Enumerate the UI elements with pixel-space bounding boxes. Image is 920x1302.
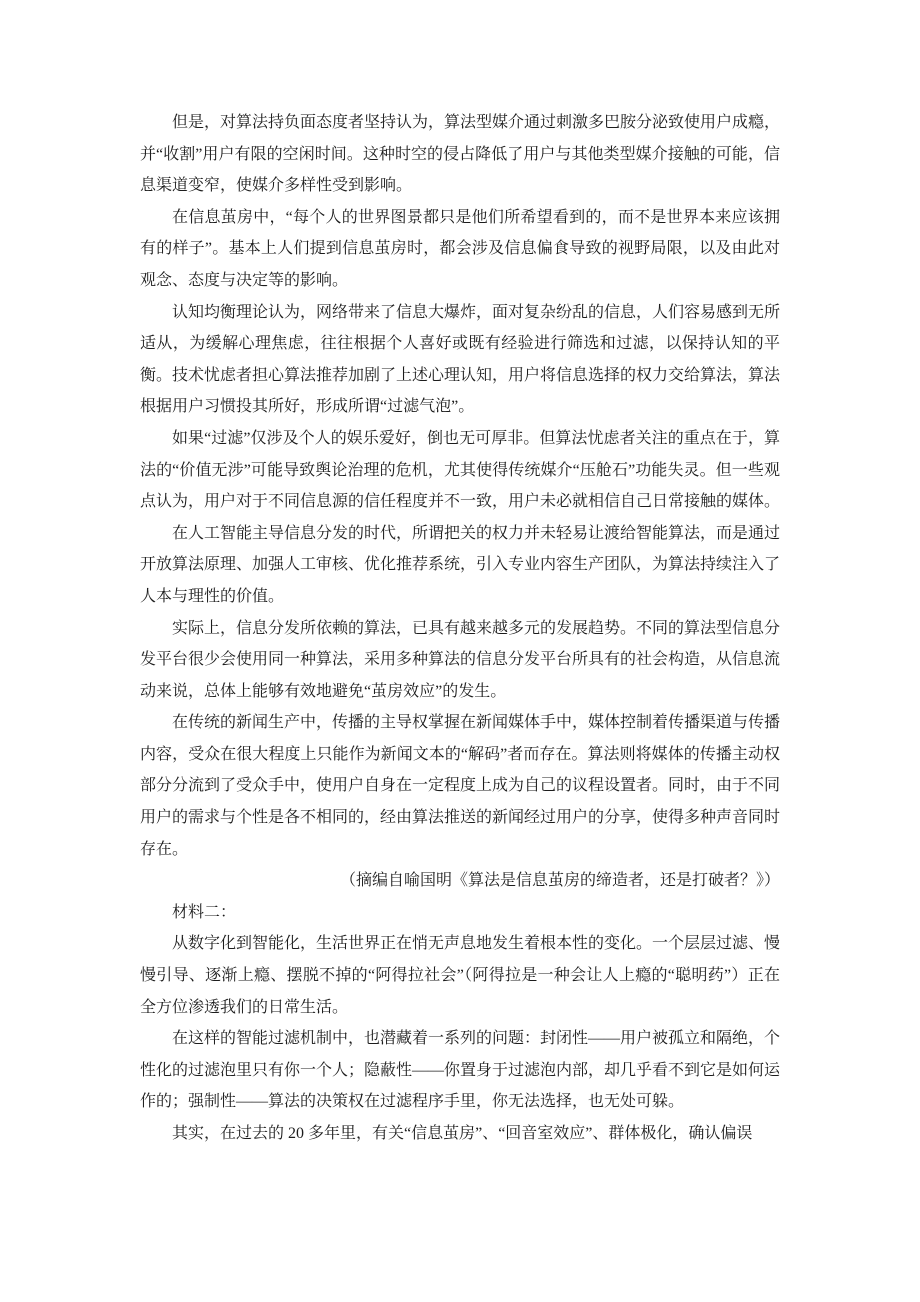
document-text-block: 但是，对算法持负面态度者坚持认为，算法型媒介通过刺激多巴胺分泌致使用户成瘾，并“…: [140, 107, 780, 1150]
material1-paragraph-6: 实际上，信息分发所依赖的算法，已具有越来越多元的发展趋势。不同的算法型信息分发平…: [140, 613, 780, 708]
material2-heading: 材料二：: [140, 897, 780, 929]
material1-paragraph-4: 如果“过滤”仅涉及个人的娱乐爱好，倒也无可厚非。但算法忧虑者关注的重点在于，算法…: [140, 423, 780, 518]
material1-paragraph-1: 但是，对算法持负面态度者坚持认为，算法型媒介通过刺激多巴胺分泌致使用户成瘾，并“…: [140, 107, 780, 202]
material1-paragraph-5: 在人工智能主导信息分发的时代，所谓把关的权力并未轻易让渡给智能算法，而是通过开放…: [140, 518, 780, 613]
material1-source-attribution: （摘编自喻国明《算法是信息茧房的缔造者，还是打破者？》）: [140, 865, 780, 897]
material2-paragraph-2: 在这样的智能过滤机制中，也潜藏着一系列的问题：封闭性——用户被孤立和隔绝，个性化…: [140, 1023, 780, 1118]
material1-paragraph-7: 在传统的新闻生产中，传播的主导权掌握在新闻媒体手中，媒体控制着传播渠道与传播内容…: [140, 707, 780, 865]
material1-paragraph-3: 认知均衡理论认为，网络带来了信息大爆炸，面对复杂纷乱的信息，人们容易感到无所适从…: [140, 297, 780, 423]
document-page: 但是，对算法持负面态度者坚持认为，算法型媒介通过刺激多巴胺分泌致使用户成瘾，并“…: [0, 0, 920, 1302]
material2-paragraph-3: 其实，在过去的 20 多年里，有关“信息茧房”、“回音室效应”、群体极化，确认偏…: [140, 1118, 780, 1150]
material2-paragraph-1: 从数字化到智能化，生活世界正在悄无声息地发生着根本性的变化。一个层层过滤、慢慢引…: [140, 928, 780, 1023]
material1-paragraph-2: 在信息茧房中，“每个人的世界图景都只是他们所希望看到的，而不是世界本来应该拥有的…: [140, 202, 780, 297]
